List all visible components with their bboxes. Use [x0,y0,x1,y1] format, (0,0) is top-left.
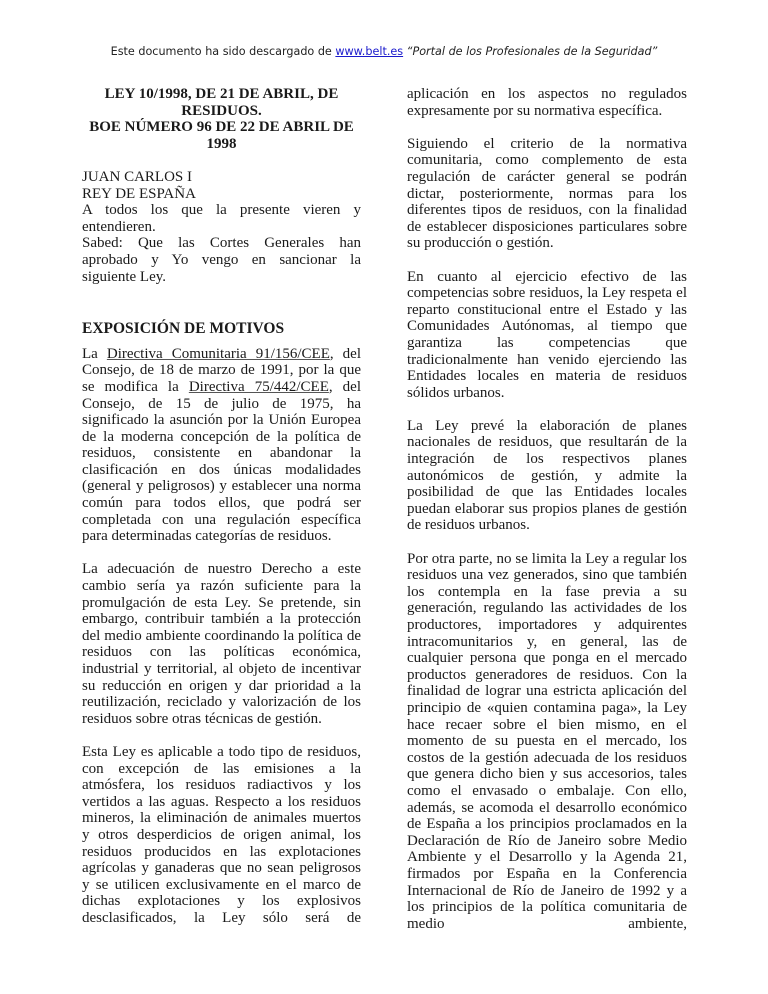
paragraph-text: , del Consejo, de 15 de julio de 1975, h… [82,379,361,544]
law-title-line: RESIDUOS. [82,103,361,120]
king-title: REY DE ESPAÑA [82,186,361,203]
law-title: LEY 10/1998, DE 21 DE ABRIL, DE RESIDUOS… [82,86,361,152]
download-notice-text: Este documento ha sido descargado de [111,45,336,58]
portal-tagline: “Portal de los Profesionales de la Segur… [407,45,658,58]
king-name: JUAN CARLOS I [82,169,361,186]
directiva-75-442-link[interactable]: Directiva 75/442/CEE [189,379,329,395]
left-column: LEY 10/1998, DE 21 DE ABRIL, DE RESIDUOS… [82,86,361,943]
law-title-line: LEY 10/1998, DE 21 DE ABRIL, DE [82,86,361,103]
law-title-line: BOE NÚMERO 96 DE 22 DE ABRIL DE [82,119,361,136]
preamble-sanction: Sabed: Que las Cortes Generales han apro… [82,235,361,285]
paragraph-planes: La Ley prevé la elaboración de planes na… [407,418,687,534]
paragraph-ambito: Esta Ley es aplicable a todo tipo de res… [82,744,361,927]
paragraph-competencias: En cuanto al ejercicio efectivo de las c… [407,269,687,402]
paragraph-directiva: La Directiva Comunitaria 91/156/CEE, del… [82,346,361,545]
paragraph-ambito-continued: aplicación en los aspectos no regulados … [407,86,687,119]
download-notice-header: Este documento ha sido descargado de www… [0,45,768,58]
paragraph-normativa: Siguiendo el criterio de la normativa co… [407,136,687,252]
directiva-91-156-link[interactable]: Directiva Comunitaria 91/156/CEE [107,346,330,362]
preamble: JUAN CARLOS I REY DE ESPAÑA A todos los … [82,169,361,285]
belt-site-link[interactable]: www.belt.es [335,45,403,58]
paragraph-fase-previa: Por otra parte, no se limita la Ley a re… [407,551,687,933]
law-title-line: 1998 [82,136,361,153]
section-heading-exposicion: EXPOSICIÓN DE MOTIVOS [82,321,361,338]
paragraph-text: La [82,346,107,362]
paragraph-adecuacion: La adecuación de nuestro Derecho a este … [82,561,361,727]
right-column: aplicación en los aspectos no regulados … [407,86,687,949]
preamble-greeting: A todos los que la presente vieren y ent… [82,202,361,235]
